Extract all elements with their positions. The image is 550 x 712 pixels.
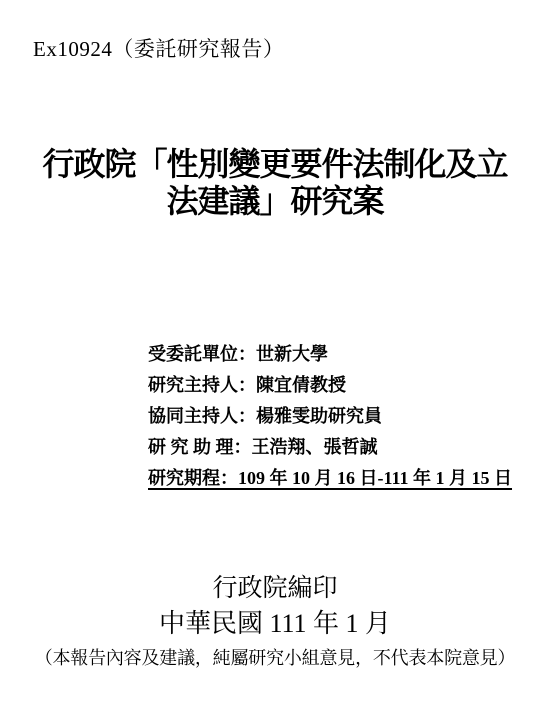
research-assistants-line: 研 究 助 理：王浩翔、張哲誠	[148, 432, 512, 463]
disclaimer-line: （本報告內容及建議，純屬研究小組意見，不代表本院意見）	[0, 644, 550, 670]
research-period-line: 研究期程：109 年 10 月 16 日-111 年 1 月 15 日	[148, 463, 512, 494]
commissioned-unit-line: 受委託單位：世新大學	[148, 339, 512, 370]
report-cover-page: Ex10924（委託研究報告） 行政院「性別變更要件法制化及立 法建議」研究案 …	[0, 0, 550, 712]
commission-info-block: 受委託單位：世新大學 研究主持人：陳宜倩教授 協同主持人：楊雅雯助研究員 研 究…	[148, 339, 512, 494]
document-title: 行政院「性別變更要件法制化及立 法建議」研究案	[0, 146, 550, 220]
principal-investigator-line: 研究主持人：陳宜倩教授	[148, 370, 512, 401]
co-investigator-line: 協同主持人：楊雅雯助研究員	[148, 401, 512, 432]
report-code: Ex10924（委託研究報告）	[33, 33, 284, 63]
document-title-line-1: 行政院「性別變更要件法制化及立	[0, 146, 550, 183]
publisher-line: 行政院編印	[0, 568, 550, 604]
publication-date-line: 中華民國 111 年 1 月	[0, 603, 550, 640]
document-title-line-2: 法建議」研究案	[0, 183, 550, 220]
